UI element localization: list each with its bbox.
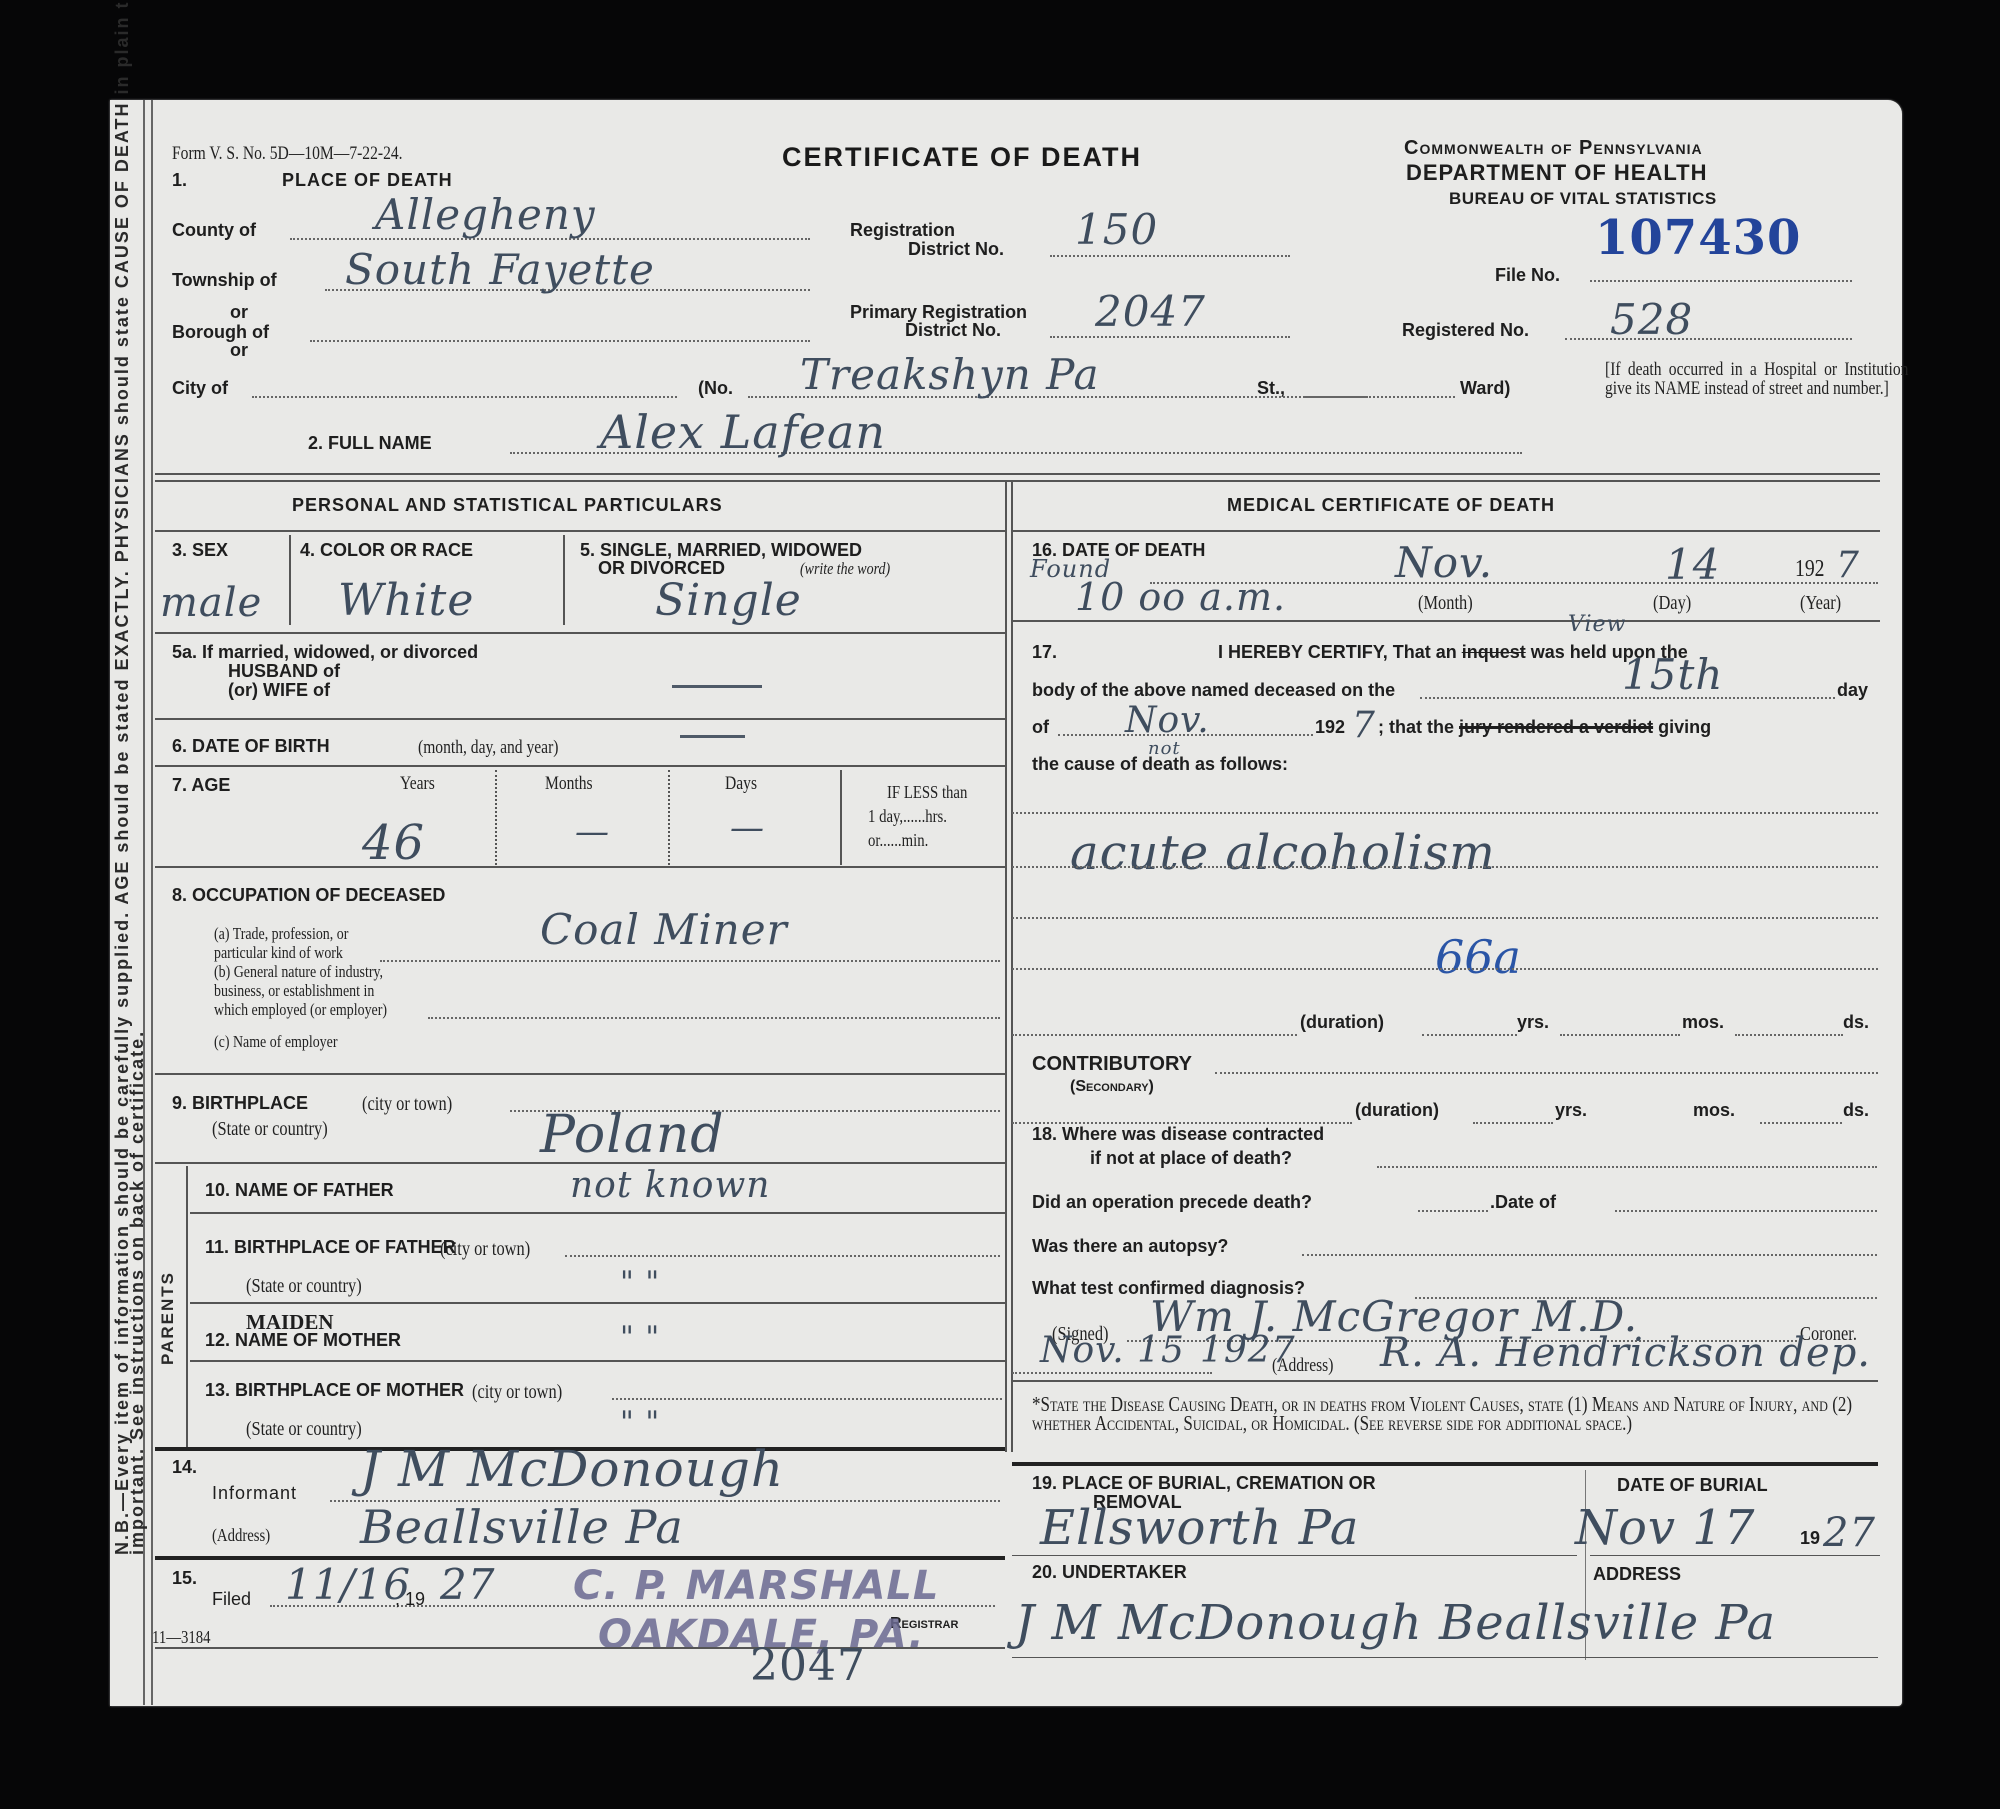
cert-text-line4: the cause of death as follows: [1032, 754, 1288, 775]
hospital-note: [If death occurred in a Hospital or Inst… [1605, 360, 1908, 398]
mother-bp-value[interactable]: " " [620, 1405, 660, 1440]
primary-reg-line [1050, 336, 1290, 338]
duration2-yrs-line [1473, 1122, 1553, 1124]
informant-address-label: (Address) [212, 1525, 270, 1546]
informant-value[interactable]: J M McDonough [360, 1440, 784, 1498]
street-value[interactable]: Treakshyn Pa [800, 350, 1100, 399]
spouse-label2: HUSBAND of [228, 661, 340, 682]
dod-line [1150, 582, 1878, 584]
spouse-value-dash [672, 685, 762, 688]
parents-label: PARENTS [158, 1271, 178, 1365]
age-days-value[interactable]: — [730, 808, 765, 848]
age-days-label: Days [725, 773, 757, 795]
form-number: Form V. S. No. 5D—10M—7-22-24. [172, 143, 403, 165]
file-no-label: File No. [1495, 265, 1560, 286]
burial-label1: 19. PLACE OF BURIAL, CREMATION OR [1032, 1473, 1376, 1494]
mother-bp-label: 13. BIRTHPLACE OF MOTHER [205, 1380, 464, 1401]
street-prefix: (No. [698, 378, 733, 399]
column-divider [1005, 482, 1007, 1452]
header-bureau: BUREAU OF VITAL STATISTICS [1449, 189, 1717, 209]
divider [190, 1212, 1005, 1214]
burial-year-prefix: 19 [1800, 1528, 1820, 1549]
dod-year-value[interactable]: 7 [1836, 545, 1860, 586]
father-bp-label: 11. BIRTHPLACE OF FATHER [205, 1237, 456, 1258]
reg-district-label2: District No. [908, 239, 1004, 260]
occ-c-label: (c) Name of employer [214, 1032, 337, 1052]
cause-line [1012, 866, 1878, 868]
cell-divider [289, 535, 291, 625]
divider [1012, 1462, 1878, 1466]
day-caption: (Day) [1653, 592, 1691, 615]
or-label: or [230, 340, 248, 361]
marital-value[interactable]: Single [655, 575, 802, 626]
dob-value-dash [680, 735, 745, 738]
filed-label: Filed [212, 1589, 251, 1610]
q18-line [1377, 1166, 1877, 1168]
burial-date-underline [1590, 1555, 1880, 1556]
ds2-label: ds. [1843, 1100, 1869, 1121]
street-suffix: St., [1257, 378, 1285, 399]
operation-label: Did an operation precede death? [1032, 1192, 1312, 1213]
cert-month-value[interactable]: Nov. [1125, 700, 1210, 741]
divider [155, 473, 1880, 475]
duration-mos-line [1560, 1034, 1680, 1036]
occ-b-line2: business, or establishment in [214, 981, 374, 1001]
dod-year-prefix: 192 [1795, 556, 1825, 583]
cert-text-line3: ; that the jury rendered a verdict givin… [1378, 717, 1711, 738]
divider [155, 530, 1005, 532]
occ-a-line [380, 960, 1000, 962]
secondary-label: (Secondary) [1070, 1078, 1154, 1096]
age-divider [668, 770, 670, 865]
column-divider [1011, 482, 1013, 1452]
cert-insert-view: View [1568, 612, 1626, 637]
divider [1012, 530, 1880, 532]
year-caption: (Year) [1800, 592, 1841, 615]
duration-yrs-line [1422, 1034, 1517, 1036]
mother-bp-note: (city or town) [472, 1381, 562, 1404]
father-bp-note: (city or town) [440, 1238, 530, 1261]
occupation-label: 8. OCCUPATION OF DECEASED [172, 885, 445, 906]
primary-reg-label2: District No. [905, 320, 1001, 341]
marital-note: (write the word) [800, 559, 890, 579]
cause-line [1012, 917, 1878, 919]
age-less-note3: or......min. [868, 830, 928, 851]
divider [155, 480, 1880, 482]
registered-no-value: 528 [1610, 295, 1693, 344]
cause-value[interactable]: acute alcoholism [1070, 825, 1496, 881]
autopsy-line [1302, 1254, 1877, 1256]
divider [155, 718, 1005, 720]
duration2-ds-line [1760, 1122, 1842, 1124]
signed-date-value[interactable]: Nov. 15 [1040, 1330, 1185, 1371]
age-less-note2: 1 day,......hrs. [868, 806, 947, 827]
ward-line [1305, 396, 1455, 398]
burial-place-value[interactable]: Ellsworth Pa [1040, 1500, 1360, 1556]
cause-line [1012, 812, 1878, 814]
medical-section-title: MEDICAL CERTIFICATE OF DEATH [1227, 495, 1555, 516]
age-label: 7. AGE [172, 775, 230, 796]
personal-section-title: PERSONAL AND STATISTICAL PARTICULARS [292, 495, 723, 516]
mos2-label: mos. [1693, 1100, 1735, 1121]
divider [155, 866, 1005, 868]
full-name-label: 2. FULL NAME [308, 433, 432, 454]
contributory-line [1215, 1072, 1878, 1074]
dob-label: 6. DATE OF BIRTH [172, 736, 330, 757]
divider [155, 1162, 1005, 1164]
sex-label: 3. SEX [172, 540, 228, 561]
birthplace-state-label: (State or country) [212, 1118, 328, 1141]
borough-line [310, 340, 810, 342]
divider [155, 1073, 1005, 1075]
father-bp-state-label: (State or country) [246, 1275, 362, 1298]
divider [155, 1647, 1005, 1649]
cert-text-line2: body of the above named deceased on the [1032, 680, 1395, 701]
city-label: City of [172, 378, 228, 399]
birthplace-label: 9. BIRTHPLACE [172, 1093, 308, 1114]
cell-divider [563, 535, 565, 625]
full-name-value[interactable]: Alex Lafean [600, 405, 886, 459]
q18-label1: 18. Where was disease contracted [1032, 1124, 1324, 1145]
father-value[interactable]: not known [570, 1165, 770, 1206]
registrar-stamp-name: C. P. MARSHALL [573, 1563, 939, 1609]
race-label: 4. COLOR OR RACE [300, 540, 473, 561]
occ-a-line1: (a) Trade, profession, or [214, 924, 348, 944]
cert-number: 17. [1032, 642, 1057, 663]
cause-code: 66a [1435, 930, 1521, 984]
borough-label: Borough of [172, 322, 269, 343]
autopsy-label: Was there an autopsy? [1032, 1236, 1228, 1257]
cause-line [1012, 968, 1878, 970]
operation-date-line [1615, 1210, 1877, 1212]
ward-label: Ward) [1460, 378, 1510, 399]
month-caption: (Month) [1418, 592, 1473, 615]
mother-label: 12. NAME OF MOTHER [205, 1330, 401, 1351]
struck-inquest: inquest [1462, 642, 1526, 662]
spouse-label3: (or) WIFE of [228, 680, 330, 701]
occ-b-line3: which employed (or employer) [214, 1000, 387, 1020]
reg-district-line [1050, 255, 1290, 257]
divider [190, 1360, 1005, 1362]
margin-rule [151, 100, 153, 1705]
cert-year-prefix: 192 [1315, 717, 1345, 738]
age-divider [495, 770, 497, 865]
occ-b-line1: (b) General nature of industry, [214, 962, 383, 982]
duration2-label: (duration) [1355, 1100, 1439, 1121]
signed-date-line [1012, 1372, 1212, 1374]
operation-date-label: .Date of [1490, 1192, 1556, 1213]
form-code: 11—3184 [152, 1627, 211, 1648]
contributory-label: CONTRIBUTORY [1032, 1053, 1192, 1076]
burial-date-value[interactable]: Nov 17 [1575, 1500, 1755, 1556]
mother-bp-line [612, 1398, 1002, 1400]
dod-month-value[interactable]: Nov. [1395, 538, 1493, 587]
duration-line [1012, 1034, 1297, 1036]
divider [1012, 1380, 1878, 1382]
age-less-note1: IF LESS than [887, 782, 967, 803]
age-months-label: Months [545, 773, 593, 795]
sig-address-label: (Address) [1272, 1355, 1333, 1377]
registered-no-line [1565, 338, 1852, 340]
reg-district-label1: Registration [850, 220, 955, 241]
burial-underline [1012, 1555, 1577, 1556]
struck-jury-verdict: jury rendered a verdict [1459, 717, 1653, 737]
father-label: 10. NAME OF FATHER [205, 1180, 394, 1201]
undertaker-value[interactable]: J M McDonough Beallsville Pa [1015, 1595, 1776, 1651]
page-title: CERTIFICATE OF DEATH [782, 142, 1142, 173]
dod-day-value[interactable]: 14 [1665, 540, 1720, 589]
burial-date-label: DATE OF BURIAL [1617, 1475, 1768, 1496]
divider [155, 765, 1005, 767]
filed-year-value[interactable]: 27 [440, 1560, 495, 1609]
duration-label: (duration) [1300, 1012, 1384, 1033]
parents-bracket [186, 1166, 188, 1449]
informant-address-value[interactable]: Beallsville Pa [360, 1500, 684, 1554]
q18-label2: if not at place of death? [1090, 1148, 1292, 1169]
cert-year-value[interactable]: 7 [1352, 705, 1376, 746]
registered-no-label: Registered No. [1402, 320, 1529, 341]
reg-district-value[interactable]: 150 [1075, 205, 1158, 254]
registrar-number: 2047 [750, 1640, 866, 1691]
item-1-number: 1. [172, 170, 187, 191]
mos-label: mos. [1682, 1012, 1724, 1033]
cert-day-value[interactable]: 15th [1622, 650, 1723, 699]
divider [155, 632, 1005, 634]
age-months-value[interactable]: — [575, 812, 610, 852]
file-number-stamp: 107430 [1595, 210, 1801, 266]
undertaker-underline [1012, 1657, 1878, 1658]
birthplace-value[interactable]: Poland [540, 1105, 725, 1165]
age-divider [840, 770, 842, 865]
cert-day-suffix: day [1837, 680, 1868, 701]
divider [190, 1302, 1005, 1304]
header-commonwealth: Commonwealth of Pennsylvania [1404, 137, 1703, 160]
filed-date-value[interactable]: 11/16 [285, 1560, 411, 1609]
occ-b-line [428, 1017, 1000, 1019]
race-value[interactable]: White [338, 575, 474, 626]
age-years-value[interactable]: 46 [362, 815, 425, 871]
occ-a-line2: particular kind of work [214, 943, 343, 963]
sig-address-value[interactable]: R. A. Hendrickson dep. [1380, 1330, 1871, 1376]
undertaker-address-label: ADDRESS [1593, 1564, 1681, 1585]
place-of-death-label: PLACE OF DEATH [282, 170, 453, 191]
mother-value[interactable]: " " [620, 1320, 660, 1355]
file-no-line [1590, 280, 1852, 282]
filed-year-prefix: , 19 [395, 1589, 425, 1610]
township-value[interactable]: South Fayette [345, 245, 655, 294]
birthplace-note: (city or town) [362, 1093, 452, 1116]
filed-number: 15. [172, 1568, 197, 1589]
yrs-label: yrs. [1517, 1012, 1549, 1033]
informant-label: Informant [212, 1483, 297, 1504]
spouse-label1: 5a. If married, widowed, or divorced [172, 642, 478, 663]
header-department: DEPARTMENT OF HEALTH [1406, 160, 1708, 186]
divider [1012, 620, 1880, 622]
township-label: Township of [172, 270, 277, 291]
sex-value[interactable]: male [160, 580, 262, 626]
county-value[interactable]: Allegheny [375, 190, 596, 239]
duration-ds-line [1735, 1034, 1843, 1036]
margin-instructions-line2: important. See instructions on back of c… [127, 1030, 148, 1555]
city-line [252, 396, 677, 398]
burial-year-value[interactable]: 27 [1823, 1510, 1876, 1556]
county-label: County of [172, 220, 256, 241]
primary-reg-value[interactable]: 2047 [1095, 287, 1206, 336]
mother-bp-state-label: (State or country) [246, 1418, 362, 1441]
footnote: *State the Disease Causing Death, or in … [1032, 1395, 1874, 1433]
dob-note: (month, day, and year) [418, 737, 558, 759]
age-years-label: Years [400, 773, 435, 795]
cert-text-line1: I HEREBY CERTIFY, That an inquest was he… [1218, 642, 1688, 663]
cert-of: of [1032, 717, 1049, 738]
father-bp-value[interactable]: " " [620, 1265, 660, 1300]
informant-number: 14. [172, 1457, 197, 1478]
undertaker-label: 20. UNDERTAKER [1032, 1562, 1187, 1583]
occupation-value[interactable]: Coal Miner [540, 905, 788, 954]
or-label: or [230, 302, 248, 323]
divider [155, 1556, 1005, 1560]
operation-line [1418, 1210, 1488, 1212]
father-bp-line [565, 1255, 1000, 1257]
yrs2-label: yrs. [1555, 1100, 1587, 1121]
ds-label: ds. [1843, 1012, 1869, 1033]
